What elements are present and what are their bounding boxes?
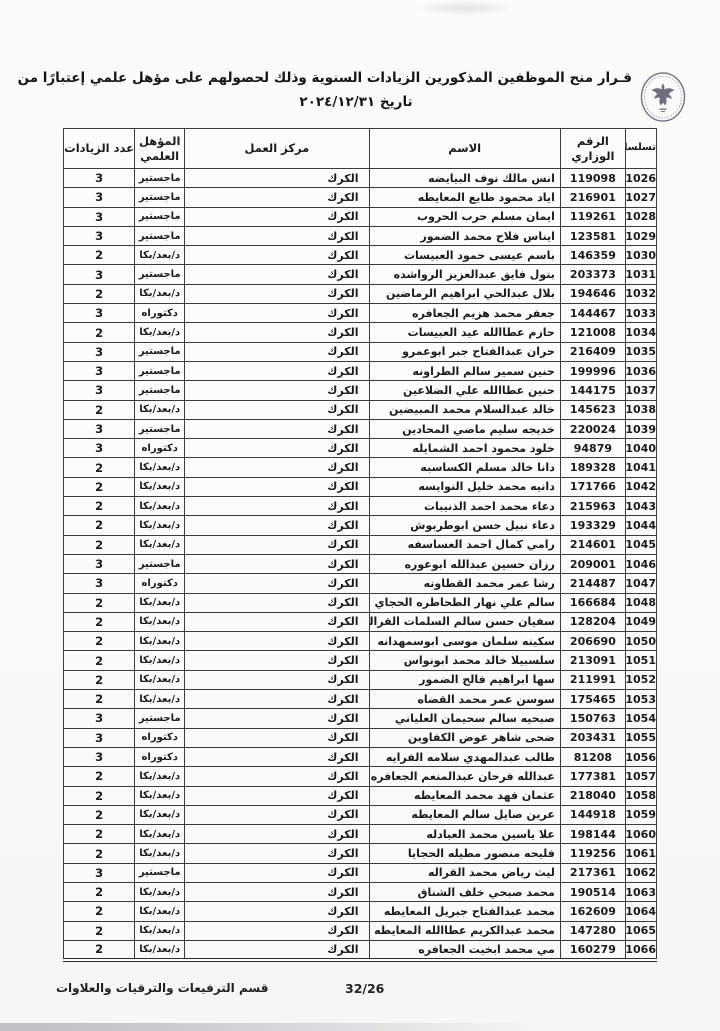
cell-ministry-number: 160279 bbox=[560, 940, 625, 959]
cell-increase-count: 2 bbox=[64, 632, 135, 651]
cell-increase-count: 2 bbox=[64, 284, 135, 303]
cell-qualification: دكتوراه bbox=[135, 439, 185, 458]
cell-name: عثمان فهد محمد المعايطه bbox=[369, 786, 560, 805]
cell-name: سكينه سلمان موسى ابوسمهدانه bbox=[369, 632, 560, 651]
cell-name: باسم عيسى حمود العبيسات bbox=[369, 246, 560, 265]
cell-serial: 1041 bbox=[625, 458, 656, 477]
table-row: 1047 214487 رشا عمر محمد القطاونه الكرك … bbox=[64, 574, 657, 593]
cell-qualification: ماجستير bbox=[135, 169, 185, 188]
cell-serial: 1049 bbox=[625, 612, 656, 631]
cell-increase-count: 2 bbox=[64, 400, 135, 419]
scanned-document-page: قـرار منح الموظفين المذكورين الزيادات ال… bbox=[0, 0, 720, 1031]
header-increase-count: عدد الزيادات bbox=[64, 129, 135, 169]
header-serial: تسلسل bbox=[625, 129, 656, 169]
cell-work-center: الكرك bbox=[185, 361, 369, 380]
cell-qualification: د/بعد/بكا bbox=[135, 612, 185, 631]
cell-increase-count: 2 bbox=[64, 516, 135, 535]
cell-qualification: د/بعد/بكا bbox=[135, 882, 185, 901]
cell-qualification: د/بعد/بكا bbox=[135, 400, 185, 419]
cell-ministry-number: 162609 bbox=[560, 902, 625, 921]
table-row: 1054 150763 صبحيه سالم سحيمان العلياني ا… bbox=[64, 709, 657, 728]
cell-serial: 1030 bbox=[625, 246, 656, 265]
cell-work-center: الكرك bbox=[185, 670, 369, 689]
cell-ministry-number: 177381 bbox=[560, 767, 625, 786]
cell-ministry-number: 198144 bbox=[560, 825, 625, 844]
cell-name: سلسبيلا خالد محمد ابونواس bbox=[369, 651, 560, 670]
cell-serial: 1065 bbox=[625, 921, 656, 940]
cell-name: جعفر محمد هزيم الجعافره bbox=[369, 304, 560, 323]
ministry-seal-icon bbox=[639, 71, 687, 123]
cell-work-center: الكرك bbox=[185, 825, 369, 844]
cell-name: بتول فايق عبدالعزيز الرواشده bbox=[369, 265, 560, 284]
cell-work-center: الكرك bbox=[185, 690, 369, 709]
cell-serial: 1051 bbox=[625, 651, 656, 670]
cell-ministry-number: 214487 bbox=[560, 574, 625, 593]
cell-serial: 1028 bbox=[625, 207, 656, 226]
document-title: قـرار منح الموظفين المذكورين الزيادات ال… bbox=[80, 66, 632, 115]
cell-qualification: دكتوراه bbox=[135, 728, 185, 747]
cell-increase-count: 2 bbox=[64, 670, 135, 689]
cell-qualification: د/بعد/بكا bbox=[135, 458, 185, 477]
cell-increase-count: 3 bbox=[64, 747, 135, 766]
cell-name: ايناس فلاح محمد الضمور bbox=[369, 226, 560, 245]
cell-name: عبدالله فرحان عبدالمنعم الجعافره bbox=[369, 767, 560, 786]
cell-ministry-number: 209001 bbox=[560, 554, 625, 573]
cell-ministry-number: 94879 bbox=[560, 439, 625, 458]
cell-work-center: الكرك bbox=[185, 188, 369, 207]
header-qualification: المؤهل العلمي bbox=[135, 129, 185, 169]
cell-increase-count: 3 bbox=[64, 226, 135, 245]
table-row: 1031 203373 بتول فايق عبدالعزيز الرواشده… bbox=[64, 265, 657, 284]
cell-serial: 1035 bbox=[625, 342, 656, 361]
cell-serial: 1054 bbox=[625, 709, 656, 728]
table-row: 1053 175465 سوسن عمر محمد القضاه الكرك د… bbox=[64, 690, 657, 709]
cell-work-center: الكرك bbox=[185, 400, 369, 419]
cell-increase-count: 3 bbox=[64, 361, 135, 380]
table-row: 1045 214601 رامي كمال احمد العساسفه الكر… bbox=[64, 535, 657, 554]
cell-name: صبحيه سالم سحيمان العلياني bbox=[369, 709, 560, 728]
cell-ministry-number: 216409 bbox=[560, 342, 625, 361]
cell-serial: 1038 bbox=[625, 400, 656, 419]
cell-serial: 1026 bbox=[625, 169, 656, 188]
cell-work-center: الكرك bbox=[185, 381, 369, 400]
cell-increase-count: 3 bbox=[64, 188, 135, 207]
cell-ministry-number: 218040 bbox=[560, 786, 625, 805]
cell-serial: 1039 bbox=[625, 419, 656, 438]
cell-name: اياد محمود طايع المعايطه bbox=[369, 188, 560, 207]
cell-increase-count: 2 bbox=[64, 497, 135, 516]
cell-qualification: دكتوراه bbox=[135, 747, 185, 766]
cell-qualification: دكتوراه bbox=[135, 574, 185, 593]
cell-name: دعاء نبيل حسن ابوطربوش bbox=[369, 516, 560, 535]
table-row: 1059 144918 عرين صايل سالم المعايطه الكر… bbox=[64, 805, 657, 824]
cell-ministry-number: 214601 bbox=[560, 535, 625, 554]
cell-serial: 1044 bbox=[625, 516, 656, 535]
table-row: 1048 166684 سالم علي نهار الطحاطره الحجا… bbox=[64, 593, 657, 612]
cell-serial: 1063 bbox=[625, 882, 656, 901]
table-row: 1063 190514 محمد صبحي خلف الشناق الكرك د… bbox=[64, 882, 657, 901]
table-row: 1057 177381 عبدالله فرحان عبدالمنعم الجع… bbox=[64, 767, 657, 786]
cell-name: خالد عبدالسلام محمد المبيضين bbox=[369, 400, 560, 419]
cell-name: رشا عمر محمد القطاونه bbox=[369, 574, 560, 593]
cell-increase-count: 3 bbox=[64, 728, 135, 747]
table-row: 1044 193329 دعاء نبيل حسن ابوطربوش الكرك… bbox=[64, 516, 657, 535]
cell-increase-count: 2 bbox=[64, 651, 135, 670]
header-name: الاسم bbox=[369, 129, 560, 169]
cell-name: ليث رياض محمد القراله bbox=[369, 863, 560, 882]
cell-serial: 1052 bbox=[625, 670, 656, 689]
cell-name: علا ياسين محمد العبادله bbox=[369, 825, 560, 844]
cell-qualification: د/بعد/بكا bbox=[135, 516, 185, 535]
cell-ministry-number: 171766 bbox=[560, 477, 625, 496]
cell-work-center: الكرك bbox=[185, 651, 369, 670]
cell-increase-count: 2 bbox=[64, 477, 135, 496]
cell-work-center: الكرك bbox=[185, 169, 369, 188]
cell-ministry-number: 211991 bbox=[560, 670, 625, 689]
cell-name: فليحه منصور مطيله الحجايا bbox=[369, 844, 560, 863]
cell-name: رزان حسين عبدالله ابوعوره bbox=[369, 554, 560, 573]
table-row: 1038 145623 خالد عبدالسلام محمد المبيضين… bbox=[64, 400, 657, 419]
cell-qualification: د/بعد/بكا bbox=[135, 690, 185, 709]
cell-work-center: الكرك bbox=[185, 439, 369, 458]
cell-ministry-number: 144918 bbox=[560, 805, 625, 824]
title-date-value: ٢٠٢٤/١٢/٣١ bbox=[299, 94, 375, 110]
table-row: 1046 209001 رزان حسين عبدالله ابوعوره ال… bbox=[64, 554, 657, 573]
cell-qualification: ماجستير bbox=[135, 419, 185, 438]
cell-ministry-number: 147280 bbox=[560, 921, 625, 940]
table-row: 1040 94879 خلود محمود احمد الشمايله الكر… bbox=[64, 439, 657, 458]
cell-serial: 1043 bbox=[625, 497, 656, 516]
cell-increase-count: 3 bbox=[64, 207, 135, 226]
cell-qualification: ماجستير bbox=[135, 554, 185, 573]
cell-ministry-number: 217361 bbox=[560, 863, 625, 882]
cell-qualification: ماجستير bbox=[135, 709, 185, 728]
cell-increase-count: 2 bbox=[64, 921, 135, 940]
cell-qualification: د/بعد/بكا bbox=[135, 921, 185, 940]
table-row: 1061 119256 فليحه منصور مطيله الحجايا ال… bbox=[64, 844, 657, 863]
table-row: 1060 198144 علا ياسين محمد العبادله الكر… bbox=[64, 825, 657, 844]
table-row: 1028 119261 ايمان مسلم حرب الحروب الكرك … bbox=[64, 207, 657, 226]
cell-work-center: الكرك bbox=[185, 323, 369, 342]
table-row: 1039 220024 خديجه سليم ماضي المحادين الك… bbox=[64, 419, 657, 438]
cell-qualification: ماجستير bbox=[135, 207, 185, 226]
cell-work-center: الكرك bbox=[185, 477, 369, 496]
cell-increase-count: 2 bbox=[64, 246, 135, 265]
cell-qualification: د/بعد/بكا bbox=[135, 940, 185, 959]
cell-work-center: الكرك bbox=[185, 226, 369, 245]
cell-work-center: الكرك bbox=[185, 419, 369, 438]
cell-name: خديجه سليم ماضي المحادين bbox=[369, 419, 560, 438]
cell-ministry-number: 121008 bbox=[560, 323, 625, 342]
cell-serial: 1047 bbox=[625, 574, 656, 593]
cell-ministry-number: 175465 bbox=[560, 690, 625, 709]
cell-serial: 1055 bbox=[625, 728, 656, 747]
footer-page-number: 32/26 bbox=[345, 981, 384, 996]
cell-serial: 1056 bbox=[625, 747, 656, 766]
cell-ministry-number: 189328 bbox=[560, 458, 625, 477]
cell-increase-count: 2 bbox=[64, 612, 135, 631]
cell-work-center: الكرك bbox=[185, 863, 369, 882]
scan-smudge-artifact bbox=[415, 0, 515, 16]
table-row: 1064 162609 محمد عبدالفتاح جبريل المعايط… bbox=[64, 902, 657, 921]
cell-ministry-number: 190514 bbox=[560, 882, 625, 901]
cell-work-center: الكرك bbox=[185, 902, 369, 921]
cell-name: سوسن عمر محمد القضاه bbox=[369, 690, 560, 709]
cell-increase-count: 3 bbox=[64, 265, 135, 284]
cell-increase-count: 3 bbox=[64, 304, 135, 323]
cell-ministry-number: 119261 bbox=[560, 207, 625, 226]
cell-work-center: الكرك bbox=[185, 554, 369, 573]
employee-increases-table: تسلسل الرقم الوزاري الاسم مركز العمل الم… bbox=[63, 128, 657, 962]
cell-name: بلال عبدالحي ابراهيم الرماضين bbox=[369, 284, 560, 303]
cell-work-center: الكرك bbox=[185, 342, 369, 361]
cell-work-center: الكرك bbox=[185, 844, 369, 863]
cell-work-center: الكرك bbox=[185, 747, 369, 766]
cell-ministry-number: 193329 bbox=[560, 516, 625, 535]
cell-work-center: الكرك bbox=[185, 805, 369, 824]
cell-work-center: الكرك bbox=[185, 574, 369, 593]
cell-serial: 1034 bbox=[625, 323, 656, 342]
cell-qualification: د/بعد/بكا bbox=[135, 497, 185, 516]
cell-increase-count: 3 bbox=[64, 439, 135, 458]
cell-qualification: ماجستير bbox=[135, 265, 185, 284]
table-row: 1030 146359 باسم عيسى حمود العبيسات الكر… bbox=[64, 246, 657, 265]
cell-serial: 1061 bbox=[625, 844, 656, 863]
cell-increase-count: 3 bbox=[64, 381, 135, 400]
cell-qualification: ماجستير bbox=[135, 361, 185, 380]
cell-serial: 1059 bbox=[625, 805, 656, 824]
cell-ministry-number: 213091 bbox=[560, 651, 625, 670]
cell-name: مي محمد ابخيت الجعافره bbox=[369, 940, 560, 959]
cell-qualification: د/بعد/بكا bbox=[135, 632, 185, 651]
footer-department: قسم الترفيعات والترقيات والعلاوات bbox=[56, 981, 268, 995]
cell-serial: 1029 bbox=[625, 226, 656, 245]
cell-qualification: د/بعد/بكا bbox=[135, 825, 185, 844]
cell-name: ضحى شاهر عوض الكفاوين bbox=[369, 728, 560, 747]
cell-name: سها ابراهيم فالح الضمور bbox=[369, 670, 560, 689]
cell-ministry-number: 216901 bbox=[560, 188, 625, 207]
cell-qualification: د/بعد/بكا bbox=[135, 786, 185, 805]
table-row: 1056 81208 طالب عبدالمهدي سلامه الفرايه … bbox=[64, 747, 657, 766]
cell-qualification: ماجستير bbox=[135, 226, 185, 245]
table-row: 1041 189328 دانا خالد مسلم الكساسبه الكر… bbox=[64, 458, 657, 477]
cell-serial: 1050 bbox=[625, 632, 656, 651]
cell-work-center: الكرك bbox=[185, 516, 369, 535]
cell-serial: 1066 bbox=[625, 940, 656, 959]
cell-work-center: الكرك bbox=[185, 612, 369, 631]
cell-work-center: الكرك bbox=[185, 882, 369, 901]
cell-name: ايمان مسلم حرب الحروب bbox=[369, 207, 560, 226]
cell-increase-count: 2 bbox=[64, 882, 135, 901]
cell-increase-count: 3 bbox=[64, 554, 135, 573]
table-body: 1026 119098 انس مالك نوف البيايضه الكرك … bbox=[64, 169, 657, 960]
cell-ministry-number: 144175 bbox=[560, 381, 625, 400]
cell-increase-count: 2 bbox=[64, 844, 135, 863]
cell-qualification: د/بعد/بكا bbox=[135, 902, 185, 921]
cell-ministry-number: 203431 bbox=[560, 728, 625, 747]
cell-increase-count: 2 bbox=[64, 767, 135, 786]
cell-increase-count: 3 bbox=[64, 863, 135, 882]
cell-increase-count: 2 bbox=[64, 902, 135, 921]
cell-ministry-number: 128204 bbox=[560, 612, 625, 631]
cell-qualification: د/بعد/بكا bbox=[135, 246, 185, 265]
cell-work-center: الكرك bbox=[185, 709, 369, 728]
cell-serial: 1046 bbox=[625, 554, 656, 573]
cell-qualification: د/بعد/بكا bbox=[135, 651, 185, 670]
table-row: 1066 160279 مي محمد ابخيت الجعافره الكرك… bbox=[64, 940, 657, 959]
cell-name: رامي كمال احمد العساسفه bbox=[369, 535, 560, 554]
cell-ministry-number: 123581 bbox=[560, 226, 625, 245]
cell-increase-count: 2 bbox=[64, 535, 135, 554]
cell-increase-count: 2 bbox=[64, 940, 135, 959]
cell-serial: 1064 bbox=[625, 902, 656, 921]
cell-qualification: د/بعد/بكا bbox=[135, 535, 185, 554]
cell-increase-count: 3 bbox=[64, 574, 135, 593]
cell-serial: 1032 bbox=[625, 284, 656, 303]
title-line-2: تاريخ ٢٠٢٤/١٢/٣١ bbox=[80, 90, 632, 114]
table-row: 1065 147280 محمد عبدالكريم عطاالله المعا… bbox=[64, 921, 657, 940]
cell-serial: 1037 bbox=[625, 381, 656, 400]
scan-edge-artifact bbox=[0, 1023, 540, 1031]
table-row: 1035 216409 حران عبدالفتاح جبر ابوعمرو ا… bbox=[64, 342, 657, 361]
cell-work-center: الكرك bbox=[185, 786, 369, 805]
cell-work-center: الكرك bbox=[185, 632, 369, 651]
cell-work-center: الكرك bbox=[185, 535, 369, 554]
cell-increase-count: 3 bbox=[64, 169, 135, 188]
cell-ministry-number: 166684 bbox=[560, 593, 625, 612]
cell-serial: 1040 bbox=[625, 439, 656, 458]
title-line-1: قـرار منح الموظفين المذكورين الزيادات ال… bbox=[80, 66, 632, 90]
cell-qualification: د/بعد/بكا bbox=[135, 844, 185, 863]
cell-increase-count: 2 bbox=[64, 323, 135, 342]
cell-qualification: ماجستير bbox=[135, 188, 185, 207]
cell-increase-count: 2 bbox=[64, 786, 135, 805]
cell-ministry-number: 146359 bbox=[560, 246, 625, 265]
cell-qualification: د/بعد/بكا bbox=[135, 323, 185, 342]
cell-qualification: ماجستير bbox=[135, 342, 185, 361]
cell-serial: 1062 bbox=[625, 863, 656, 882]
header-ministry-number: الرقم الوزاري bbox=[560, 129, 625, 169]
cell-ministry-number: 144467 bbox=[560, 304, 625, 323]
cell-name: حنين سمير سالم الطراونه bbox=[369, 361, 560, 380]
cell-serial: 1053 bbox=[625, 690, 656, 709]
table-row: 1026 119098 انس مالك نوف البيايضه الكرك … bbox=[64, 169, 657, 188]
cell-ministry-number: 150763 bbox=[560, 709, 625, 728]
table-row: 1050 206690 سكينه سلمان موسى ابوسمهدانه … bbox=[64, 632, 657, 651]
cell-name: عرين صايل سالم المعايطه bbox=[369, 805, 560, 824]
table-row: 1037 144175 حنين عطاالله علي الضلاعين ال… bbox=[64, 381, 657, 400]
header-work-center: مركز العمل bbox=[185, 129, 369, 169]
cell-ministry-number: 119256 bbox=[560, 844, 625, 863]
cell-ministry-number: 203373 bbox=[560, 265, 625, 284]
cell-increase-count: 2 bbox=[64, 690, 135, 709]
cell-work-center: الكرك bbox=[185, 767, 369, 786]
cell-name: محمد عبدالفتاح جبريل المعايطه bbox=[369, 902, 560, 921]
cell-qualification: ماجستير bbox=[135, 381, 185, 400]
cell-serial: 1057 bbox=[625, 767, 656, 786]
cell-name: محمد صبحي خلف الشناق bbox=[369, 882, 560, 901]
cell-name: سالم علي نهار الطحاطره الحجاي bbox=[369, 593, 560, 612]
cell-increase-count: 2 bbox=[64, 805, 135, 824]
cell-increase-count: 2 bbox=[64, 458, 135, 477]
cell-increase-count: 3 bbox=[64, 342, 135, 361]
cell-increase-count: 3 bbox=[64, 419, 135, 438]
cell-work-center: الكرك bbox=[185, 284, 369, 303]
cell-work-center: الكرك bbox=[185, 593, 369, 612]
cell-ministry-number: 119098 bbox=[560, 169, 625, 188]
cell-qualification: دكتوراه bbox=[135, 304, 185, 323]
cell-serial: 1058 bbox=[625, 786, 656, 805]
table-row: 1058 218040 عثمان فهد محمد المعايطه الكر… bbox=[64, 786, 657, 805]
cell-ministry-number: 206690 bbox=[560, 632, 625, 651]
table-row: 1042 171766 دانيه محمد خليل النوايسه الك… bbox=[64, 477, 657, 496]
cell-serial: 1027 bbox=[625, 188, 656, 207]
cell-work-center: الكرك bbox=[185, 497, 369, 516]
cell-serial: 1036 bbox=[625, 361, 656, 380]
table-row: 1052 211991 سها ابراهيم فالح الضمور الكر… bbox=[64, 670, 657, 689]
cell-serial: 1031 bbox=[625, 265, 656, 284]
table-header-row: تسلسل الرقم الوزاري الاسم مركز العمل الم… bbox=[64, 129, 657, 169]
cell-name: محمد عبدالكريم عطاالله المعايطه bbox=[369, 921, 560, 940]
cell-work-center: الكرك bbox=[185, 207, 369, 226]
cell-increase-count: 2 bbox=[64, 593, 135, 612]
table-row: 1027 216901 اياد محمود طايع المعايطه الك… bbox=[64, 188, 657, 207]
cell-qualification: ماجستير bbox=[135, 863, 185, 882]
table-row: 1034 121008 حازم عطاالله عيد العبيسات ال… bbox=[64, 323, 657, 342]
cell-name: دانيه محمد خليل النوايسه bbox=[369, 477, 560, 496]
cell-ministry-number: 145623 bbox=[560, 400, 625, 419]
cell-work-center: الكرك bbox=[185, 940, 369, 959]
cell-ministry-number: 194646 bbox=[560, 284, 625, 303]
cell-qualification: د/بعد/بكا bbox=[135, 593, 185, 612]
table-row: 1032 194646 بلال عبدالحي ابراهيم الرماضي… bbox=[64, 284, 657, 303]
title-date-label: تاريخ bbox=[380, 94, 413, 110]
cell-name: سفيان حسن سالم السلمات القراله bbox=[369, 612, 560, 631]
cell-ministry-number: 81208 bbox=[560, 747, 625, 766]
table-row: 1055 203431 ضحى شاهر عوض الكفاوين الكرك … bbox=[64, 728, 657, 747]
cell-serial: 1048 bbox=[625, 593, 656, 612]
cell-work-center: الكرك bbox=[185, 921, 369, 940]
cell-qualification: د/بعد/بكا bbox=[135, 670, 185, 689]
cell-work-center: الكرك bbox=[185, 458, 369, 477]
cell-serial: 1045 bbox=[625, 535, 656, 554]
cell-qualification: د/بعد/بكا bbox=[135, 767, 185, 786]
table-row: 1029 123581 ايناس فلاح محمد الضمور الكرك… bbox=[64, 226, 657, 245]
cell-ministry-number: 215963 bbox=[560, 497, 625, 516]
cell-qualification: د/بعد/بكا bbox=[135, 284, 185, 303]
cell-name: حازم عطاالله عيد العبيسات bbox=[369, 323, 560, 342]
cell-work-center: الكرك bbox=[185, 728, 369, 747]
cell-serial: 1042 bbox=[625, 477, 656, 496]
cell-ministry-number: 220024 bbox=[560, 419, 625, 438]
cell-name: دعاء محمد احمد الذنيبات bbox=[369, 497, 560, 516]
table-row: 1051 213091 سلسبيلا خالد محمد ابونواس ال… bbox=[64, 651, 657, 670]
cell-work-center: الكرك bbox=[185, 265, 369, 284]
table-row: 1036 199996 حنين سمير سالم الطراونه الكر… bbox=[64, 361, 657, 380]
cell-name: انس مالك نوف البيايضه bbox=[369, 169, 560, 188]
cell-qualification: د/بعد/بكا bbox=[135, 805, 185, 824]
cell-ministry-number: 199996 bbox=[560, 361, 625, 380]
cell-increase-count: 2 bbox=[64, 825, 135, 844]
cell-work-center: الكرك bbox=[185, 304, 369, 323]
cell-name: حران عبدالفتاح جبر ابوعمرو bbox=[369, 342, 560, 361]
table-row: 1033 144467 جعفر محمد هزيم الجعافره الكر… bbox=[64, 304, 657, 323]
cell-work-center: الكرك bbox=[185, 246, 369, 265]
cell-serial: 1033 bbox=[625, 304, 656, 323]
cell-name: حنين عطاالله علي الضلاعين bbox=[369, 381, 560, 400]
table-row: 1062 217361 ليث رياض محمد القراله الكرك … bbox=[64, 863, 657, 882]
table-row: 1043 215963 دعاء محمد احمد الذنيبات الكر… bbox=[64, 497, 657, 516]
